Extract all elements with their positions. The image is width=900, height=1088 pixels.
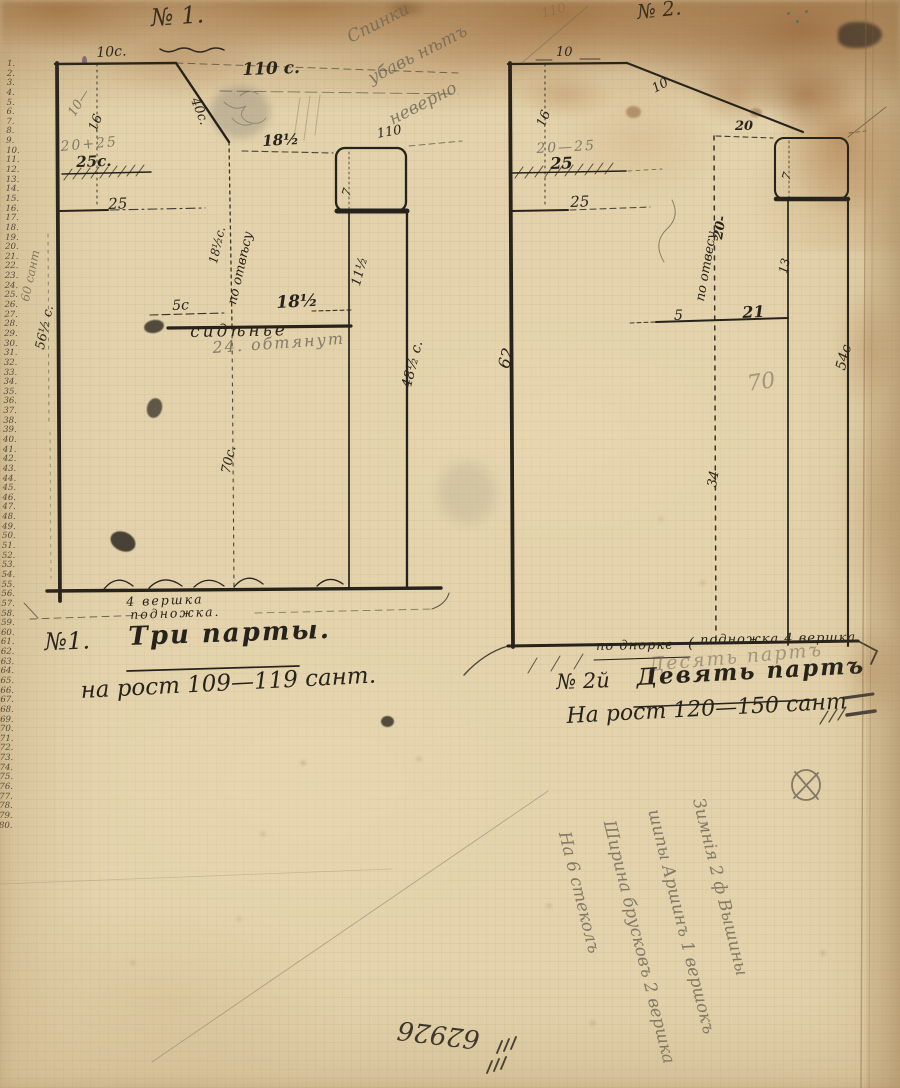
scanned-drawing-page: 1.2.3.4.5.6.7.8.9.10.11.12.13.14.15.16.1… [0, 0, 900, 1088]
scan-vignette [0, 0, 900, 1088]
